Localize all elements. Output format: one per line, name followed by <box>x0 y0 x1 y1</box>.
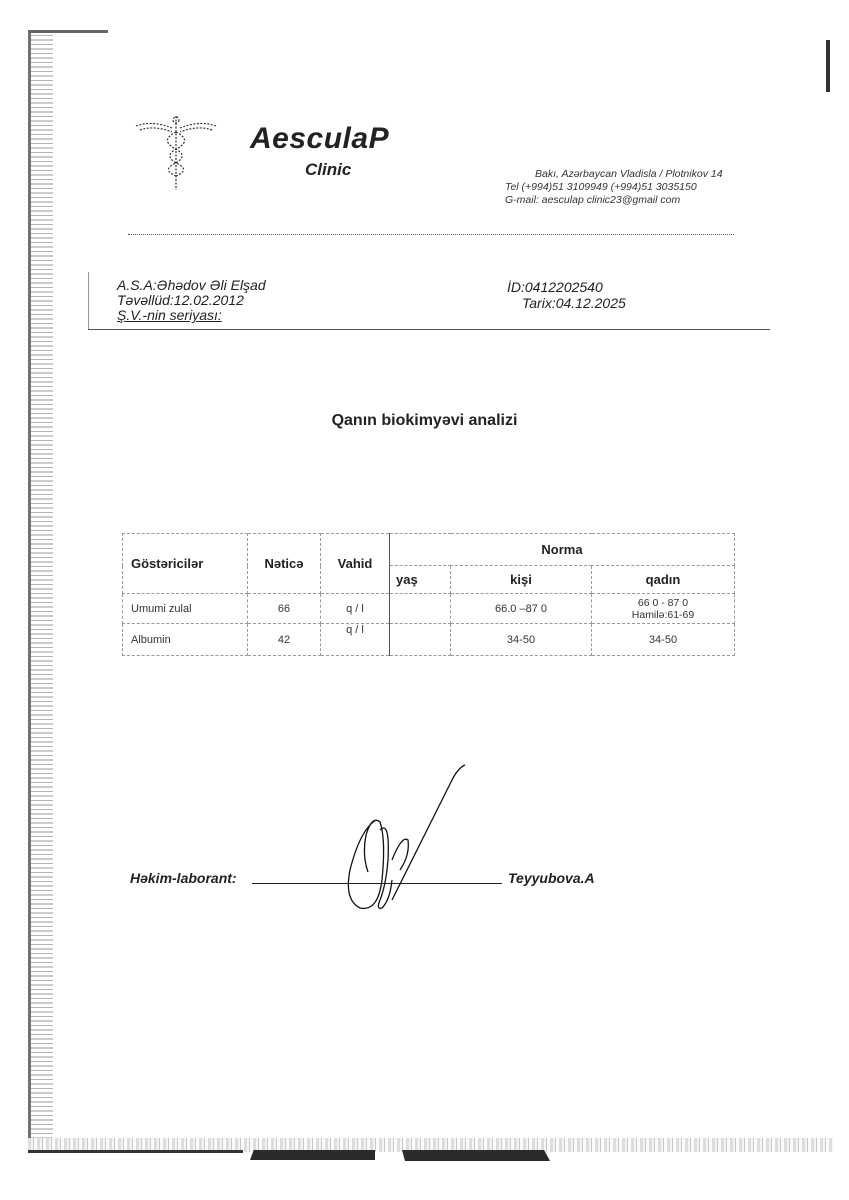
cell-age <box>390 594 451 624</box>
clinic-phone: Tel (+994)51 3109949 (+994)51 3035150 <box>505 181 775 194</box>
record-id: İD:0412202540 <box>507 279 626 295</box>
lab-doctor-name: Teyyubova.A <box>508 870 595 886</box>
scanner-mark-left <box>250 1150 375 1160</box>
patient-birthdate: Təvəllüd:12.02.2012 <box>117 293 266 308</box>
female-norm-pregnant: Hamilə:61-69 <box>592 609 734 621</box>
cell-unit: q / l <box>321 624 390 656</box>
header-divider <box>128 234 734 235</box>
header-female: qadın <box>592 566 735 594</box>
patient-id-series: Ş.V.-nin seriyası: <box>117 308 266 323</box>
cell-male-norm: 66.0 –87 0 <box>451 594 592 624</box>
patient-info: A.S.A:Əhədov Əli Elşad Təvəllüd:12.02.20… <box>117 278 266 323</box>
header-age: yaş <box>390 566 451 594</box>
clinic-contact: Bakı, Azərbaycan Vladisla / Plotnikov 14… <box>505 168 775 207</box>
clinic-name: AesculaP <box>250 122 389 156</box>
patient-name: A.S.A:Əhədov Əli Elşad <box>117 278 266 293</box>
clinic-address: Bakı, Azərbaycan Vladisla / Plotnikov 14 <box>505 168 775 181</box>
cell-female-norm: 34-50 <box>592 624 735 656</box>
table-row: Albumin 42 q / l 34-50 34-50 <box>123 624 735 656</box>
record-date: Tarix:04.12.2025 <box>507 295 626 311</box>
clinic-subtitle: Clinic <box>305 160 351 180</box>
header-norm: Norma <box>390 534 735 566</box>
cell-age <box>390 624 451 656</box>
caduceus-icon <box>132 112 220 194</box>
table-row: Umumi zulal 66 q / l 66.0 –87 0 66 0 - 8… <box>123 594 735 624</box>
scan-edge-left <box>28 30 53 1152</box>
cell-result: 66 <box>248 594 321 624</box>
cell-indicator: Albumin <box>123 624 248 656</box>
handwritten-signature-icon <box>320 760 480 920</box>
header-unit: Vahid <box>321 534 390 594</box>
scanner-mark-right <box>402 1150 550 1161</box>
scan-edge-right <box>826 40 830 92</box>
signature-label: Həkim-laborant: <box>130 870 237 886</box>
patient-block-border <box>88 272 89 330</box>
header-indicator: Göstəricilər <box>123 534 248 594</box>
cell-female-norm: 66 0 - 87 0 Hamilə:61-69 <box>592 594 735 624</box>
scan-edge-line <box>28 1150 243 1153</box>
female-norm-value: 66 0 - 87 0 <box>592 597 734 609</box>
cell-indicator: Umumi zulal <box>123 594 248 624</box>
scan-edge-top <box>28 30 108 33</box>
report-title: Qanın biokimyəvi analizi <box>0 412 849 430</box>
record-info: İD:0412202540 Tarix:04.12.2025 <box>507 279 626 311</box>
header-result: Nəticə <box>248 534 321 594</box>
patient-divider <box>88 329 770 330</box>
clinic-email: G-mail: aesculap clinic23@gmail com <box>505 194 775 207</box>
cell-male-norm: 34-50 <box>451 624 592 656</box>
cell-result: 42 <box>248 624 321 656</box>
header-male: kişi <box>451 566 592 594</box>
results-table: Göstəricilər Nəticə Vahid Norma yaş kişi… <box>122 533 735 656</box>
cell-unit: q / l <box>321 594 390 624</box>
